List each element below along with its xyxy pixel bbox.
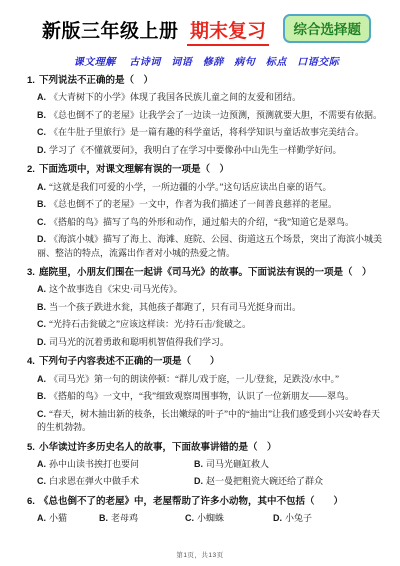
question-6-stem: 6.《总也倒不了的老屋》中，老屋帮助了许多小动物，其中不包括（ ） — [27, 495, 386, 508]
question-number: 6. — [27, 496, 35, 507]
option-d: D.学习了《不懂就要问》，我明白了在学习中要像孙中山先生一样勤学好问。 — [37, 144, 386, 158]
option-a: A.小猫 — [37, 512, 99, 526]
question-3: 3.庭院里，小朋友们围在一起讲《司马光》的故事。下面说法有误的一项是（ ） A.… — [27, 266, 386, 349]
option-a: A.孙中山读书挨打也要问 — [37, 458, 194, 472]
subtitle-topics: 课文理解 古诗词 词语 修辞 病句 标点 口语交际 — [27, 53, 386, 68]
option-a: A.这个故事选自《宋史·司马光传》。 — [37, 283, 386, 297]
question-number: 3. — [27, 267, 35, 278]
option-a: A.《大青树下的小学》体现了我国各民族儿童之间的友爱和团结。 — [37, 91, 386, 105]
question-1-options: A.《大青树下的小学》体现了我国各民族儿童之间的友爱和团结。 B.《总也倒不了的… — [27, 91, 386, 157]
option-b: B.《搭船的鸟》一文中，“我”细致观察周围事物，认识了一位新朋友——翠鸟。 — [37, 390, 386, 404]
option-a: A.《司马光》第一句的朗读停顿：“群儿/戏于庭，一儿/登瓮，足跌没/水中。” — [37, 373, 386, 387]
question-stem-text: 下列句子内容表述不正确的一项是（ ） — [39, 356, 220, 367]
question-4: 4.下列句子内容表述不正确的一项是（ ） A.《司马光》第一句的朗读停顿：“群儿… — [27, 355, 386, 434]
option-d: D.小兔子 — [273, 512, 386, 526]
question-5-stem: 5.小华读过许多历史名人的故事，下面故事讲错的是（ ） — [27, 441, 386, 454]
option-c: C.小蜘蛛 — [185, 512, 273, 526]
question-6-options: A.小猫 B.老母鸡 C.小蜘蛛 D.小兔子 — [27, 508, 386, 526]
question-6: 6.《总也倒不了的老屋》中，老屋帮助了许多小动物，其中不包括（ ） A.小猫 B… — [27, 495, 386, 526]
option-b: B.《总也倒不了的老屋》让我学会了一边读一边预测，预测就要大胆，不需要有依据。 — [37, 109, 386, 123]
title-line: 新版三年级上册 期末复习 综合选择题 — [27, 14, 386, 46]
question-stem-text: 下列说法不正确的是（ ） — [39, 75, 153, 86]
title-highlight: 期末复习 — [187, 16, 269, 46]
question-1-stem: 1.下列说法不正确的是（ ） — [27, 74, 386, 87]
option-b: B.《总也倒不了的老屋》一文中，作者为我们描述了一间善良慈祥的老屋。 — [37, 198, 386, 212]
question-3-stem: 3.庭院里，小朋友们围在一起讲《司马光》的故事。下面说法有误的一项是（ ） — [27, 266, 386, 279]
page-title: 新版三年级上册 — [42, 21, 179, 42]
option-c: C.《搭船的鸟》描写了鸟的外形和动作，通过船夫的介绍，“我”知道它是翠鸟。 — [37, 216, 386, 230]
option-c: C.“光持石击瓮破之”应该这样读：光/持石击/瓮破之。 — [37, 318, 386, 332]
option-d: D.《海滨小城》描写了海上、海滩、庭院、公园、街道这五个场景，突出了海滨小城美丽… — [37, 233, 386, 260]
question-5: 5.小华读过许多历史名人的故事，下面故事讲错的是（ ） A.孙中山读书挨打也要问… — [27, 441, 386, 489]
option-d: D.赵一曼把粗瓷大碗还给了群众 — [194, 475, 386, 489]
option-b: B.老母鸡 — [99, 512, 185, 526]
option-b: B.司马光砸缸救人 — [194, 458, 386, 472]
question-number: 4. — [27, 356, 35, 367]
question-number: 2. — [27, 164, 35, 175]
worksheet-page: 新版三年级上册 期末复习 综合选择题 课文理解 古诗词 词语 修辞 病句 标点 … — [0, 0, 400, 566]
question-list: 1.下列说法不正确的是（ ） A.《大青树下的小学》体现了我国各民族儿童之间的友… — [27, 74, 386, 526]
question-5-options: A.孙中山读书挨打也要问 B.司马光砸缸救人 C.白求恩在弹火中做手术 D.赵一… — [27, 454, 386, 489]
question-stem-text: 庭院里，小朋友们围在一起讲《司马光》的故事。下面说法有误的一项是（ ） — [39, 267, 372, 278]
question-2: 2.下面选项中，对课文理解有误的一项是（ ） A.“这就是我们可爱的小学，一所边… — [27, 163, 386, 260]
question-4-options: A.《司马光》第一句的朗读停顿：“群儿/戏于庭，一儿/登瓮，足跌没/水中。” B… — [27, 373, 386, 435]
question-1: 1.下列说法不正确的是（ ） A.《大青树下的小学》体现了我国各民族儿童之间的友… — [27, 74, 386, 157]
option-a: A.“这就是我们可爱的小学，一所边疆的小学。”这句话应读出自豪的语气。 — [37, 181, 386, 195]
question-4-stem: 4.下列句子内容表述不正确的一项是（ ） — [27, 355, 386, 368]
option-b: B.当一个孩子跌进水瓮，其他孩子都跑了，只有司马光挺身而出。 — [37, 301, 386, 315]
question-number: 1. — [27, 75, 35, 86]
question-number: 5. — [27, 442, 35, 453]
option-c: C.“春天，树木抽出新的枝条，长出嫩绿的叶子”中的“抽出”让我们感受到小兴安岭春… — [37, 408, 386, 435]
page-header: 新版三年级上册 期末复习 综合选择题 课文理解 古诗词 词语 修辞 病句 标点 … — [27, 14, 386, 68]
option-c: C.《在牛肚子里旅行》是一篇有趣的科学童话，将科学知识与童话故事完美结合。 — [37, 126, 386, 140]
question-stem-text: 《总也倒不了的老屋》中，老屋帮助了许多小动物，其中不包括（ ） — [39, 496, 343, 507]
question-2-options: A.“这就是我们可爱的小学，一所边疆的小学。”这句话应读出自豪的语气。 B.《总… — [27, 181, 386, 261]
page-footer: 第1页，共13页 — [0, 550, 400, 559]
question-3-options: A.这个故事选自《宋史·司马光传》。 B.当一个孩子跌进水瓮，其他孩子都跑了，只… — [27, 283, 386, 349]
question-stem-text: 下面选项中，对课文理解有误的一项是（ ） — [39, 164, 229, 175]
option-c: C.白求恩在弹火中做手术 — [37, 475, 194, 489]
question-stem-text: 小华读过许多历史名人的故事，下面故事讲错的是（ ） — [39, 442, 277, 453]
badge-question-type: 综合选择题 — [283, 14, 371, 43]
option-d: D.司马光的沉着勇敢和聪明机智值得我们学习。 — [37, 336, 386, 350]
question-2-stem: 2.下面选项中，对课文理解有误的一项是（ ） — [27, 163, 386, 176]
